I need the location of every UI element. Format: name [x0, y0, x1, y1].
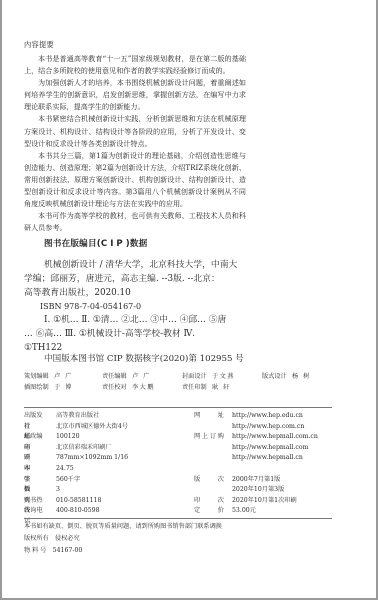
summary-paragraph: 本书共分三篇，第1篇为创新设计的理论基础，介绍创造性思维与创造能力、创造原理；第…	[24, 150, 246, 210]
publication-info-left: 出版发行高等教育出版社 社 址北京市西城区德外大街4号 邮政编码100120 印…	[24, 411, 194, 517]
pub-row: 印 张24.75	[24, 464, 194, 475]
pub-row: 版 次2000年7月第1版	[194, 475, 334, 486]
quality-notice: 本书如有缺页、倒页、脱页等质量问题，请到所购图书销售部门联系调换	[24, 521, 334, 533]
staff-credit: 责任编辑卢 广	[102, 372, 182, 383]
website-link: http://www.hep.edu.cn	[232, 411, 303, 422]
pub-row: 字 数560千字	[24, 475, 194, 486]
cip-classification: Ⅰ. ①机… Ⅱ. ①清… ②北… ③中… ④邱… ⑤唐 … ⑥高… Ⅲ. ①机…	[24, 313, 246, 355]
pub-row: 定 价53.00元	[194, 506, 334, 517]
summary-title: 内容提要	[24, 40, 54, 50]
website-link: http://www.hepmall.cn	[232, 453, 303, 464]
summary-paragraph: 本书紧密结合机械创新设计实践，分析创新思维和方法在机械原理方案设计、机构设计、结…	[24, 113, 246, 149]
cip-class-line: Ⅰ. ①机… Ⅱ. ①清… ②北… ③中… ④邱… ⑤唐	[24, 313, 246, 327]
website-link: http://www.hep.com.cn	[232, 422, 304, 433]
staff-credit: 封面设计于文燕	[182, 372, 262, 383]
staff-credit: 责任印制耿 轩	[182, 383, 254, 394]
summary-paragraph: 本书可作为高等学校的教材，也可供有关教师、工程技术人员和科研人员参考。	[24, 210, 246, 234]
cip-entry: 机械创新设计 / 清华大学，北京科技大学，中南大 学编；邱丽芳，唐进元，高志主编…	[24, 258, 246, 314]
pub-row: 印 刷北京信彩瑞禾印刷厂	[24, 443, 194, 454]
staff-credit: 责任校对李大鹏	[102, 383, 182, 394]
isbn: ISBN 978-7-04-054167-0	[24, 300, 246, 314]
rights-notice: 版权所有 侵权必究	[24, 533, 334, 545]
pub-row: 咨询电话400-810-0598	[24, 506, 194, 517]
cip-entry-line: 高等教育出版社，2020.10	[24, 286, 246, 300]
staff-credit: 版式设计杨 树	[262, 372, 334, 383]
staff-row: 插图绘制于 博 责任校对李大鹏 责任印制耿 轩	[24, 383, 354, 394]
pub-row: http://www.hepmall.com	[194, 443, 334, 454]
publication-info-right: 网 址http://www.hep.edu.cn http://www.hep.…	[194, 411, 334, 517]
pub-row: 邮政编码100120	[24, 432, 194, 443]
pub-row: 网上订购http://www.hepmall.com.cn	[194, 432, 334, 443]
cip-number: 中国版本图书馆 CIP 数据核字(2020)第 102955 号	[44, 352, 244, 364]
cip-heading: 图书在版编目(CIP)数据	[44, 237, 147, 249]
staff-row: 策划编辑卢 广 责任编辑卢 广 封面设计于文燕 版式设计杨 树	[24, 372, 354, 383]
pub-row: http://www.hepmall.cn	[194, 453, 334, 464]
staff-credit: 插图绘制于 博	[24, 383, 102, 394]
pub-row: 出版发行高等教育出版社	[24, 411, 194, 422]
footer-notes: 本书如有缺页、倒页、脱页等质量问题，请到所购图书销售部门联系调换 版权所有 侵权…	[24, 521, 334, 558]
cip-entry-line: 学编；邱丽芳，唐进元，高志主编. --3版. --北京：	[24, 272, 246, 286]
website-link: http://www.hepmall.com	[232, 443, 308, 454]
pub-row: 印 次2020年10月第1次印刷	[194, 496, 334, 507]
summary-paragraph: 为加强创新人才的培养，本书围绕机械创新设计问题，着重阐述如何培养学生的创新意识，…	[24, 77, 246, 113]
staff-credits: 策划编辑卢 广 责任编辑卢 广 封面设计于文燕 版式设计杨 树 插图绘制于 博 …	[24, 372, 354, 393]
pub-row: 2020年10月第3版	[194, 485, 334, 496]
divider-top	[24, 407, 332, 408]
pub-row	[194, 464, 334, 475]
pub-row: 开 本787mm×1092mm 1/16	[24, 453, 194, 464]
website-link: http://www.hepmall.com.cn	[232, 432, 318, 443]
cip-class-line: … ⑥高… Ⅲ. ①机械设计-高等学校-教材 Ⅳ.	[24, 327, 246, 341]
pub-row: 购书热线010-58581118	[24, 496, 194, 507]
divider-bottom	[24, 518, 332, 519]
material-number: 物 料 号 54167-00	[24, 545, 334, 557]
summary-paragraph: 本书是普通高等教育“十一五”国家级规划教材，是在第二版的基础上，结合多所院校的使…	[24, 53, 246, 77]
pub-row: 插 页3	[24, 485, 194, 496]
pub-row: 社 址北京市西城区德外大街4号	[24, 422, 194, 433]
pub-row: 网 址http://www.hep.edu.cn	[194, 411, 334, 422]
staff-credit: 策划编辑卢 广	[24, 372, 102, 383]
pub-row: http://www.hep.com.cn	[194, 422, 334, 433]
summary-body: 本书是普通高等教育“十一五”国家级规划教材，是在第二版的基础上，结合多所院校的使…	[24, 53, 246, 234]
cip-entry-line: 机械创新设计 / 清华大学，北京科技大学，中南大	[24, 258, 246, 272]
